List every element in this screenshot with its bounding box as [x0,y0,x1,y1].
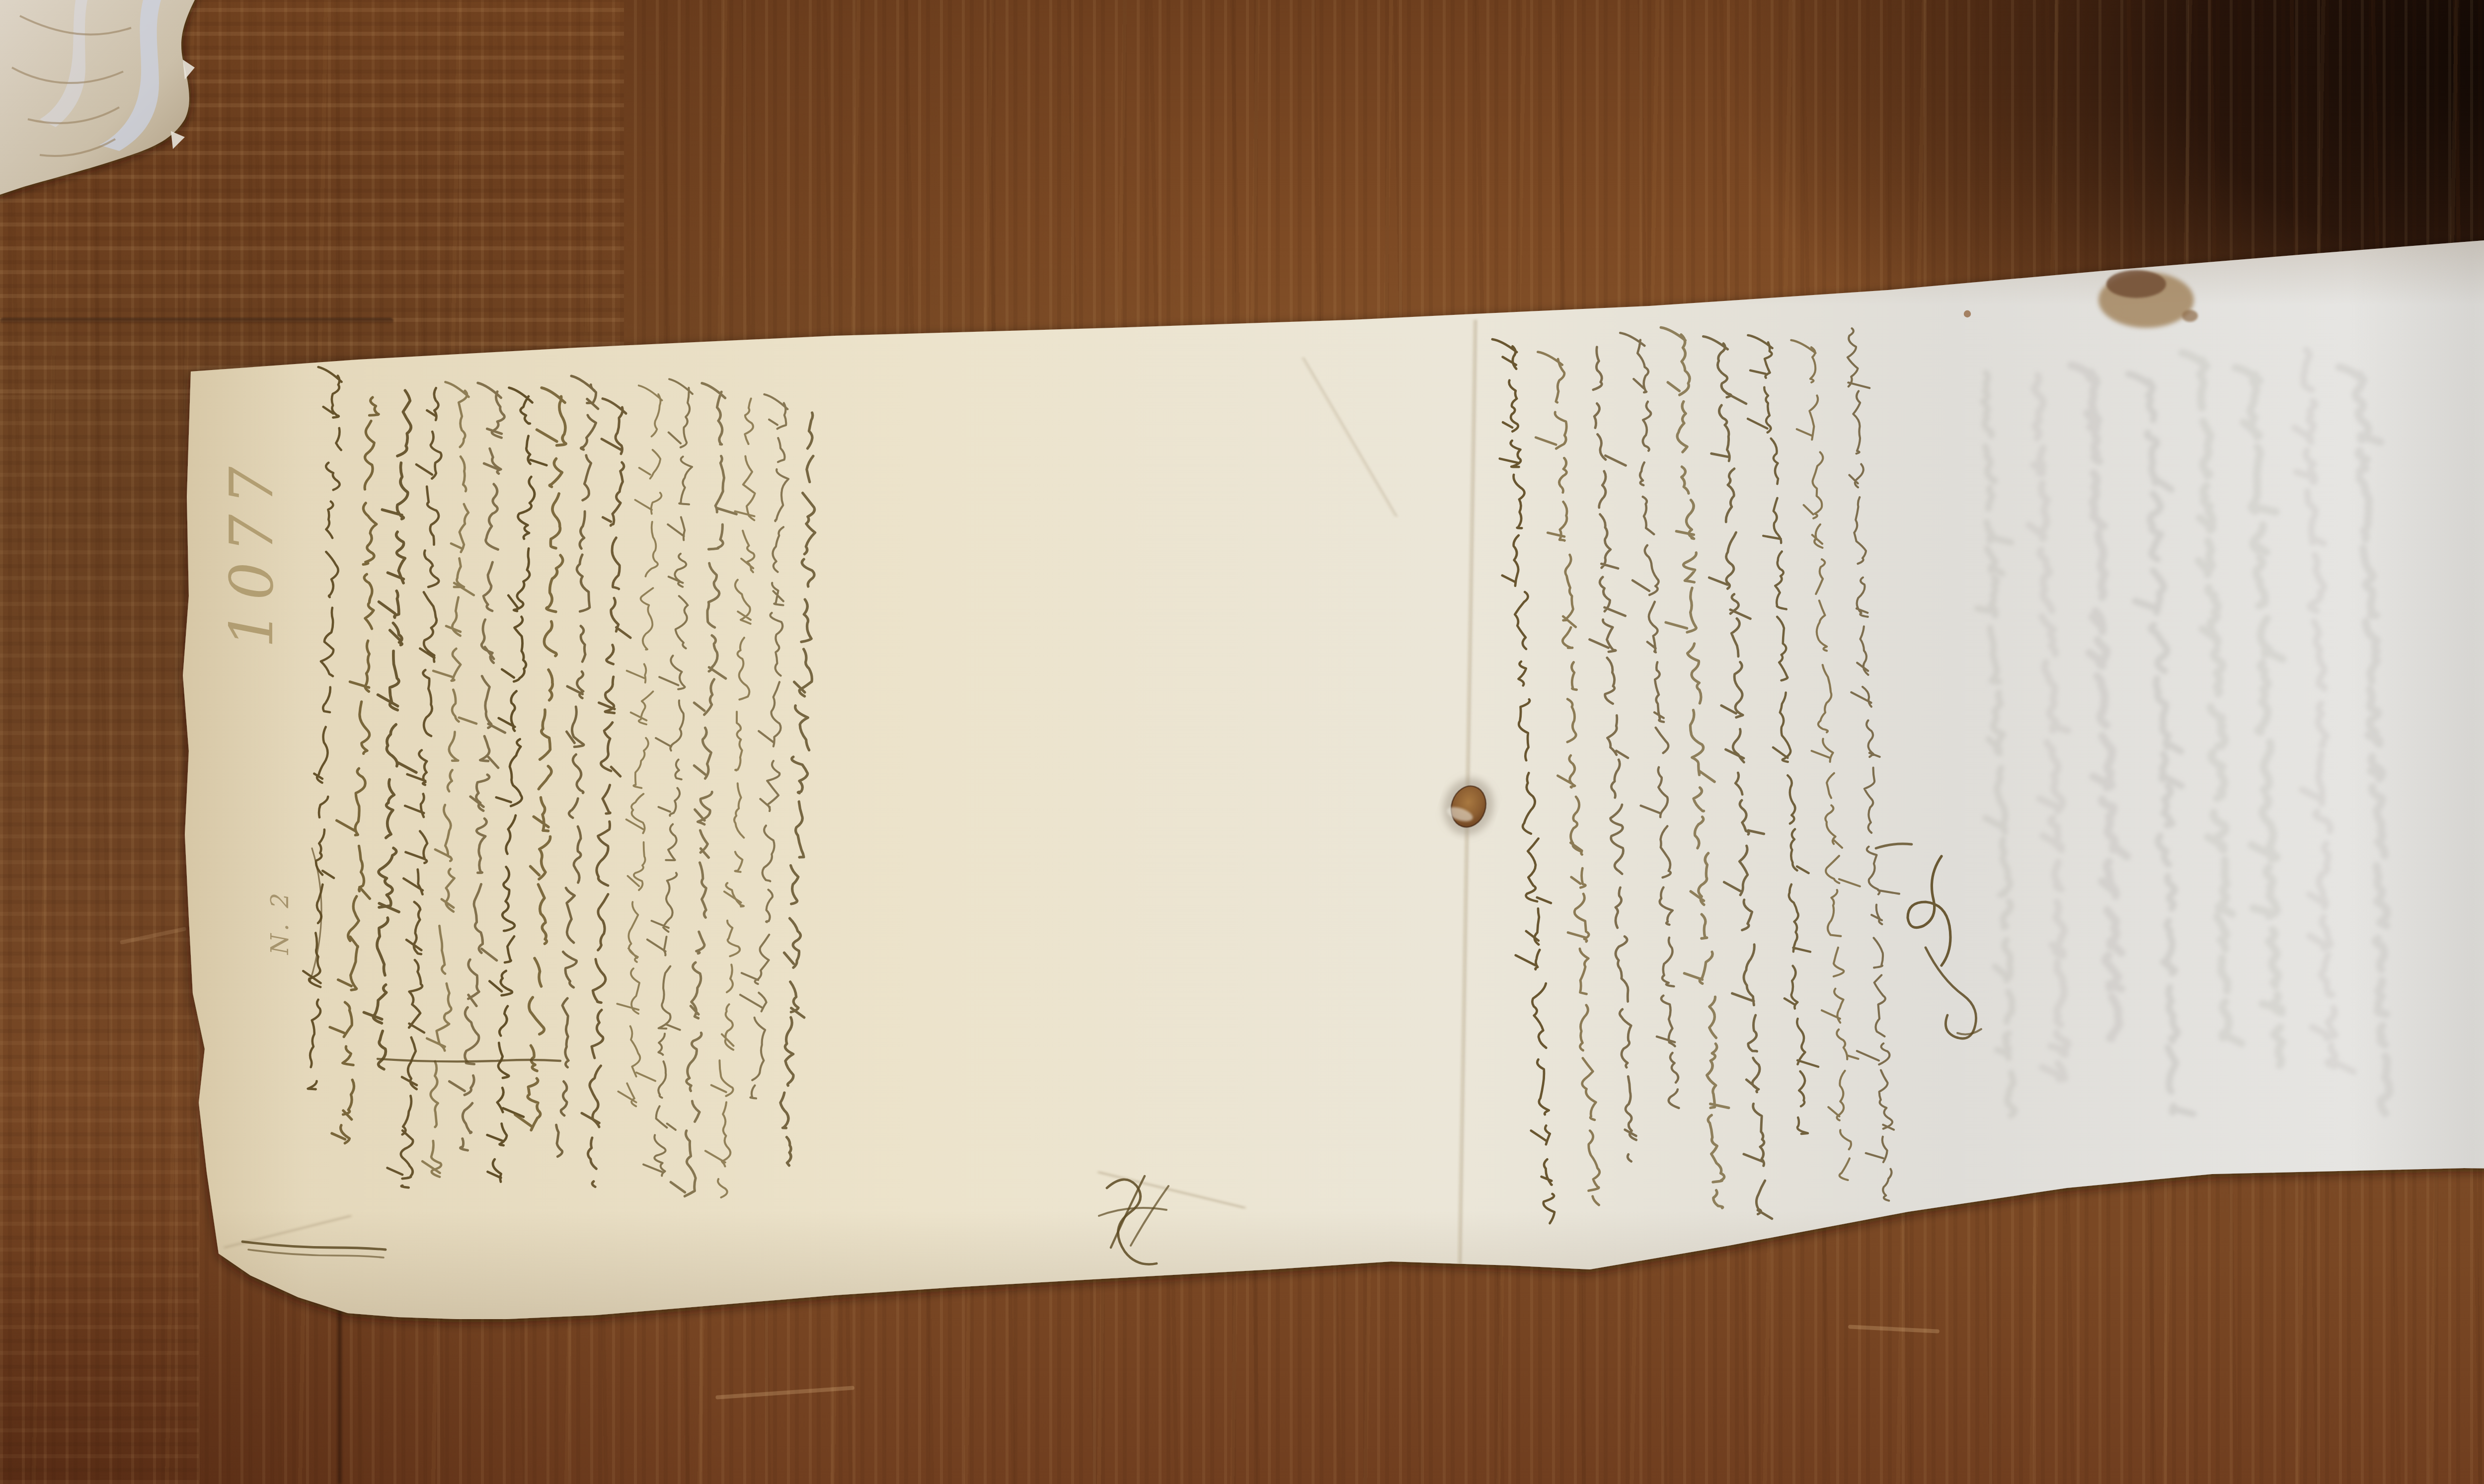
docket-number-mark: N. 2 [266,889,294,955]
manuscript-scene: 1077 N. 2 [0,0,2484,1484]
paper-bundle [0,0,195,195]
archival-number-mark: 1077 [218,456,287,648]
photo-of-manuscript-on-table: 1077 N. 2 [0,0,2484,1484]
paper-shading [183,228,2484,1319]
photo-stage: 1077 N. 2 [0,0,2484,1484]
